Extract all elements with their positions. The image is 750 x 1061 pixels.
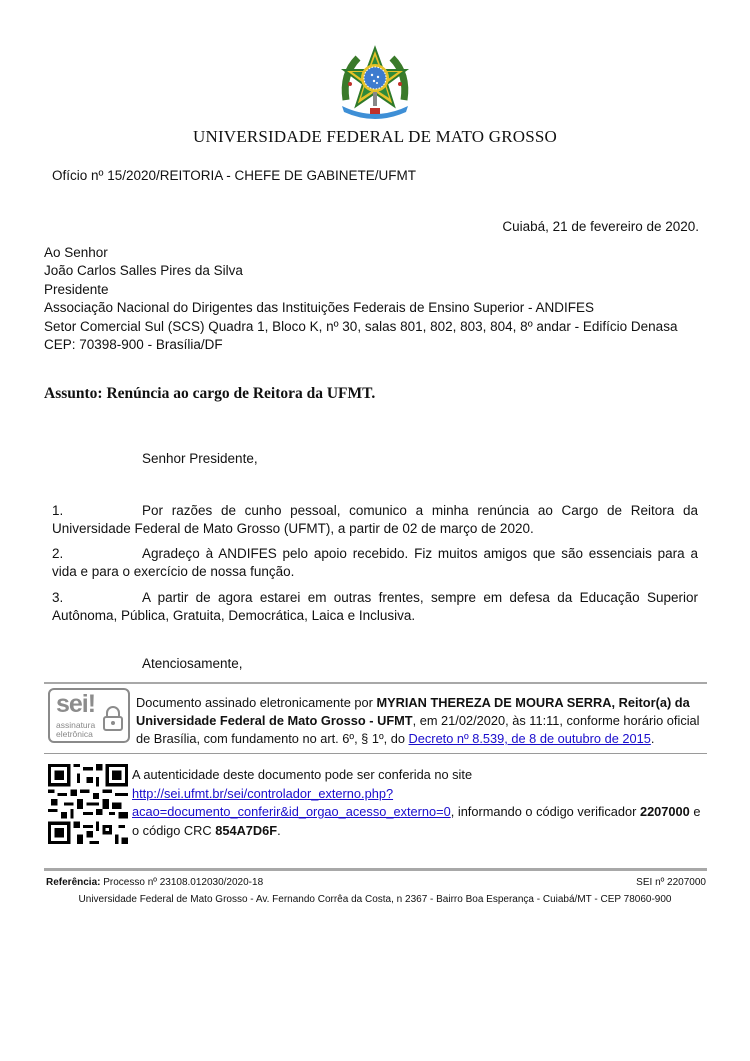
subject-line: Assunto: Renúncia ao cargo de Reitora da… <box>44 385 375 403</box>
paragraph-number: 2. <box>52 545 142 563</box>
closing: Atenciosamente, <box>142 656 243 671</box>
footer-sei-number: SEI nº 2207000 <box>636 877 706 888</box>
addressee-title: Presidente <box>44 281 677 299</box>
paragraph-3: 3.A partir de agora estarei em outras fr… <box>52 589 698 626</box>
addressee-block: Ao Senhor João Carlos Salles Pires da Si… <box>44 244 677 354</box>
crc-code: 854A7D6F <box>215 823 277 838</box>
addressee-name: João Carlos Salles Pires da Silva <box>44 262 677 280</box>
footer-address: Universidade Federal de Mato Grosso - Av… <box>0 894 750 905</box>
brazil-coat-of-arms-icon <box>336 44 414 124</box>
electronic-signature-block: sei! assinatura eletrônica Documento ass… <box>44 686 707 748</box>
document-reference: Ofício nº 15/2020/REITORIA - CHEFE DE GA… <box>52 168 416 183</box>
authenticity-block: A autenticidade deste documento pode ser… <box>44 760 707 844</box>
footer-divider <box>44 868 707 871</box>
authenticity-text-end: . <box>277 823 281 838</box>
footer-reference: Referência: Processo nº 23108.012030/202… <box>46 877 263 888</box>
verification-url-params[interactable]: acao=documento_conferir&id_orgao_acesso_… <box>132 804 451 819</box>
addressee-address: Setor Comercial Sul (SCS) Quadra 1, Bloc… <box>44 318 677 336</box>
sei-signature-logo: sei! assinatura eletrônica <box>48 688 130 743</box>
sei-logo-word: sei! <box>56 690 95 719</box>
qr-code-icon <box>48 764 128 844</box>
addressee-organization: Associação Nacional do Dirigentes das In… <box>44 299 677 317</box>
paragraph-text: Agradeço à ANDIFES pelo apoio recebido. … <box>52 546 698 579</box>
footer-reference-label: Referência: <box>46 877 100 888</box>
verification-url[interactable]: http://sei.ufmt.br/sei/controlador_exter… <box>132 786 393 801</box>
salutation: Senhor Presidente, <box>142 451 258 466</box>
paragraph-2: 2.Agradeço à ANDIFES pelo apoio recebido… <box>52 545 698 582</box>
lock-icon <box>102 705 124 731</box>
divider <box>44 682 707 684</box>
authenticity-intro: A autenticidade deste documento pode ser… <box>132 766 710 785</box>
signature-text-end: . <box>651 731 655 746</box>
addressee-postal: CEP: 70398-900 - Brasília/DF <box>44 336 677 354</box>
addressee-line: Ao Senhor <box>44 244 677 262</box>
place-date: Cuiabá, 21 de fevereiro de 2020. <box>502 219 699 234</box>
divider <box>44 753 707 754</box>
paragraph-number: 3. <box>52 589 142 607</box>
decree-link[interactable]: Decreto nº 8.539, de 8 de outubro de 201… <box>409 731 651 746</box>
paragraph-text: Por razões de cunho pessoal, comunico a … <box>52 503 698 536</box>
signature-text-prefix: Documento assinado eletronicamente por <box>136 695 376 710</box>
authenticity-text-body: , informando o código verificador <box>451 804 640 819</box>
authenticity-text: A autenticidade deste documento pode ser… <box>132 766 710 840</box>
verifier-code: 2207000 <box>640 804 690 819</box>
signature-text: Documento assinado eletronicamente por M… <box>136 694 711 748</box>
paragraph-number: 1. <box>52 502 142 520</box>
sei-logo-subtitle: eletrônica <box>56 729 93 739</box>
footer-reference-value: Processo nº 23108.012030/2020-18 <box>100 877 263 888</box>
paragraph-1: 1.Por razões de cunho pessoal, comunico … <box>52 502 698 539</box>
paragraph-text: A partir de agora estarei em outras fren… <box>52 590 698 623</box>
institution-title: UNIVERSIDADE FEDERAL DE MATO GROSSO <box>0 127 750 147</box>
